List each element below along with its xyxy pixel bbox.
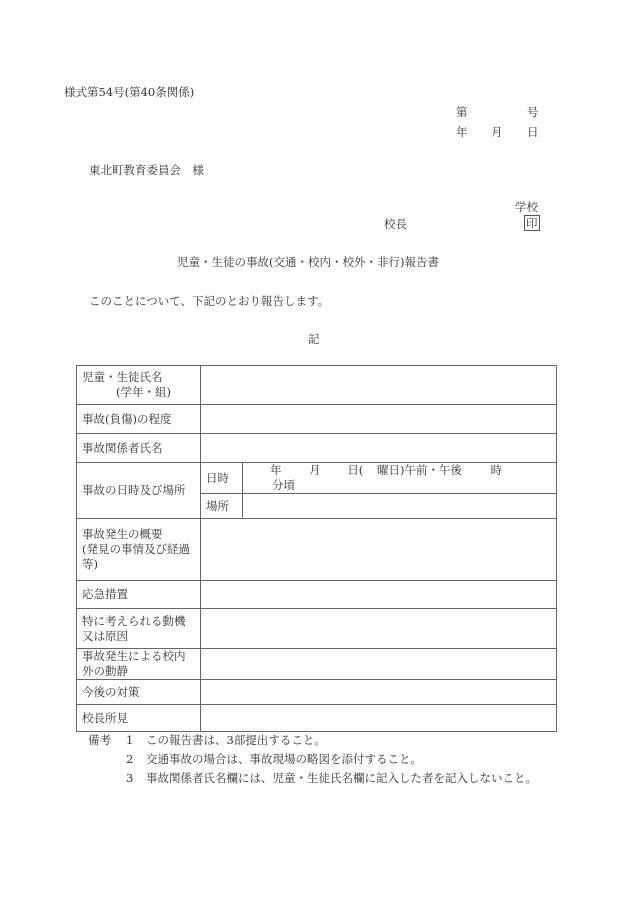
summary-field[interactable] <box>201 519 557 581</box>
countermeasures-label: 今後の対策 <box>77 680 201 705</box>
table-row: 事故発生による校内 外の動静 <box>77 649 557 680</box>
table-row: 事故(負傷)の程度 <box>77 405 557 434</box>
date-month: 月 <box>491 124 503 140</box>
related-persons-field[interactable] <box>201 434 557 463</box>
related-persons-label: 事故関係者氏名 <box>77 434 201 463</box>
note-item: 3事故関係者氏名欄には、児童・生徒氏名欄に記入した者を記入しないこと。 <box>88 769 537 788</box>
injury-degree-label: 事故(負傷)の程度 <box>77 405 201 434</box>
first-aid-field[interactable] <box>201 581 557 609</box>
motive-field[interactable] <box>201 609 557 649</box>
note-item: 備考1この報告書は、3部提出すること。 <box>88 731 537 750</box>
date-day: 日 <box>527 124 539 140</box>
table-row: 事故の日時及び場所 日時 年 月 日( 曜日)午前・午後 時 分頃 <box>77 463 557 494</box>
student-name-label: 児童・生徒氏名 (学年・組) <box>77 366 201 405</box>
summary-label: 事故発生の概要 (発見の事情及び経過 等) <box>77 519 201 581</box>
doc-number-dai: 第 <box>456 104 468 120</box>
principal-field-label: 校長 <box>384 216 407 232</box>
table-row: 校長所見 <box>77 705 557 732</box>
datetime-sublabel: 日時 <box>201 463 243 494</box>
movement-field[interactable] <box>201 649 557 680</box>
place-field[interactable] <box>243 494 557 519</box>
document-title: 児童・生徒の事故(交通・校内・校外・非行)報告書 <box>177 254 439 270</box>
datetime-field[interactable]: 年 月 日( 曜日)午前・午後 時 分頃 <box>243 463 557 494</box>
school-field-label: 学校 <box>515 199 538 215</box>
movement-label: 事故発生による校内 外の動静 <box>77 649 201 680</box>
report-table: 児童・生徒氏名 (学年・組) 事故(負傷)の程度 事故関係者氏名 事故の日時及び… <box>76 365 557 732</box>
form-number: 様式第54号(第40条関係) <box>64 84 194 100</box>
table-row: 事故関係者氏名 <box>77 434 557 463</box>
table-row: 今後の対策 <box>77 680 557 705</box>
student-name-field[interactable] <box>201 366 557 405</box>
principal-opinion-field[interactable] <box>201 705 557 732</box>
intro-text: このことについて、下記のとおり報告します。 <box>89 293 329 309</box>
notes-heading: 備考 <box>88 731 126 750</box>
motive-label: 特に考えられる動機 又は原因 <box>77 609 201 649</box>
table-row: 事故発生の概要 (発見の事情及び経過 等) <box>77 519 557 581</box>
note-item: 2交通事故の場合は、事故現場の略図を添付すること。 <box>88 750 537 769</box>
injury-degree-field[interactable] <box>201 405 557 434</box>
first-aid-label: 応急措置 <box>77 581 201 609</box>
doc-number-go: 号 <box>527 104 539 120</box>
countermeasures-field[interactable] <box>201 680 557 705</box>
table-row: 児童・生徒氏名 (学年・組) <box>77 366 557 405</box>
table-row: 特に考えられる動機 又は原因 <box>77 609 557 649</box>
table-row: 応急措置 <box>77 581 557 609</box>
principal-opinion-label: 校長所見 <box>77 705 201 732</box>
datetime-place-label: 事故の日時及び場所 <box>77 463 201 519</box>
seal-icon: 印 <box>524 215 540 231</box>
notes-section: 備考1この報告書は、3部提出すること。 2交通事故の場合は、事故現場の略図を添付… <box>88 731 537 788</box>
seal-mark: 印 <box>524 215 540 231</box>
place-sublabel: 場所 <box>201 494 243 519</box>
date-year: 年 <box>456 124 468 140</box>
ki-heading: 記 <box>308 331 320 347</box>
addressee: 東北町教育委員会 様 <box>89 162 204 178</box>
